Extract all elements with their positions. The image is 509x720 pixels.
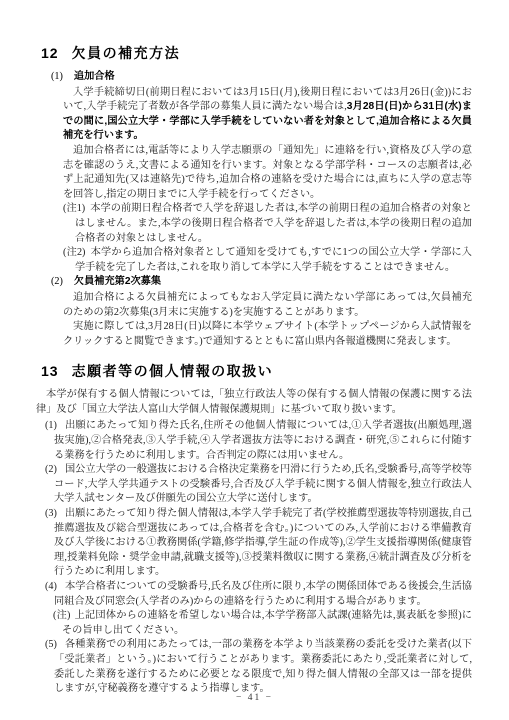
list-item-2: (2)国公立大学の一般選抜における合格決定業務を円滑に行うため,氏名,受験番号,… [36,463,472,507]
list-item-4-note-text: 上記団体からの連絡を希望しない場合は,本学学務部入試課(連絡先は,裏表紙を参照)… [62,610,472,636]
list-item-4-note: (注)上記団体からの連絡を希望しない場合は,本学学務部入試課(連絡先は,裏表紙を… [36,609,472,638]
list-item-3: (3)出願にあたって知り得た個人情報は,本学入学手続完了者(学校推薦型選抜等特別… [36,507,472,580]
list-item-4: (4)本学合格者についての受験番号,氏名及び住所に限り,本学の関係団体である後援… [36,580,472,609]
list-item-1: (1)出願にあたって知り得た氏名,住所その他個人情報については,①入学者選抜(出… [36,419,472,463]
list-item-2-text: 国公立大学の一般選抜における合格決定業務を円滑に行うため,氏名,受験番号,高等学… [54,464,472,504]
list-item-1-text: 出願にあたって知り得た氏名,住所その他個人情報については,①入学者選抜(出願処理… [54,420,472,460]
paragraph-second-recruitment-2: 実施に際しては,3月28日(日)以降に本学ウェブサイト(本学トップページから入試… [63,320,472,349]
list-item-5-label: (5) [45,639,57,650]
section-12: 12欠員の補充方法 (1)追加合格 入学手続締切日(前期日程においては3月15日… [36,45,472,349]
note-2: (注2)本学から追加合格対象者として通知を受けても,すでに1つの国公立大学・学部… [63,246,472,275]
section-divider-space [36,349,472,363]
note-2-label: (注2) [63,247,85,258]
item-2-title: 欠員補充第2次募集 [74,276,161,287]
list-item-3-text: 出願にあたって知り得た個人情報は,本学入学手続完了者(学校推薦型選抜等特別選抜,… [54,508,472,577]
page-number: − 41 − [0,691,509,706]
note-2-text: 本学から追加合格対象者として通知を受けても,すでに1つの国公立大学・学部に入学手… [75,247,472,273]
section-13-number: 13 [41,363,59,379]
list-item-2-label: (2) [45,464,57,475]
list-item-1-label: (1) [45,420,57,431]
note-1: (注1)本学の前期日程合格者で入学を辞退した者は,本学の前期日程の追加合格者の対… [63,202,472,246]
section-13-title: 志願者等の個人情報の取扱い [72,363,274,379]
paragraph-additional-pass-2: 追加合格者には,電話等により入学志願票の「通知先」に連絡を行い,資格及び入学の意… [63,144,472,202]
section-13: 13志願者等の個人情報の取扱い 本学が保有する個人情報については,「独立行政法人… [36,363,472,696]
list-item-5: (5)各種業務での利用にあたっては,一部の業務を本学より当該業務の委託を受けた業… [36,638,472,696]
item-1-title: 追加合格 [74,71,115,82]
section-12-heading: 12欠員の補充方法 [41,45,472,62]
document-page: 12欠員の補充方法 (1)追加合格 入学手続締切日(前期日程においては3月15日… [0,0,509,720]
section-12-number: 12 [41,45,59,61]
paragraph-second-recruitment-1: 追加合格による欠員補充によってもなお入学定員に満たない学部にあっては,欠員補充の… [63,291,472,320]
item-2-label: (2) [51,276,63,287]
list-item-5-text: 各種業務での利用にあたっては,一部の業務を本学より当該業務の委託を受けた業者(以… [54,639,472,694]
section-13-heading: 13志願者等の個人情報の取扱い [41,363,472,380]
item-1-heading: (1)追加合格 [51,70,472,85]
paragraph-privacy-intro: 本学が保有する個人情報については,「独立行政法人等の保有する個人情報の保護に関す… [36,388,472,417]
item-1-label: (1) [51,71,63,82]
list-item-4-label: (4) [45,581,57,592]
list-item-3-label: (3) [45,508,57,519]
section-12-title: 欠員の補充方法 [72,45,181,61]
item-2-heading: (2)欠員補充第2次募集 [51,275,472,290]
list-item-4-text: 本学合格者についての受験番号,氏名及び住所に限り,本学の関係団体である後援会,生… [54,581,472,607]
paragraph-additional-pass-1: 入学手続締切日(前期日程においては3月15日(月),後期日程においては3月26日… [63,86,472,144]
note-1-label: (注1) [63,203,85,214]
list-item-4-note-label: (注) [53,610,70,621]
note-1-text: 本学の前期日程合格者で入学を辞退した者は,本学の前期日程の追加合格者の対象とはし… [75,203,472,243]
